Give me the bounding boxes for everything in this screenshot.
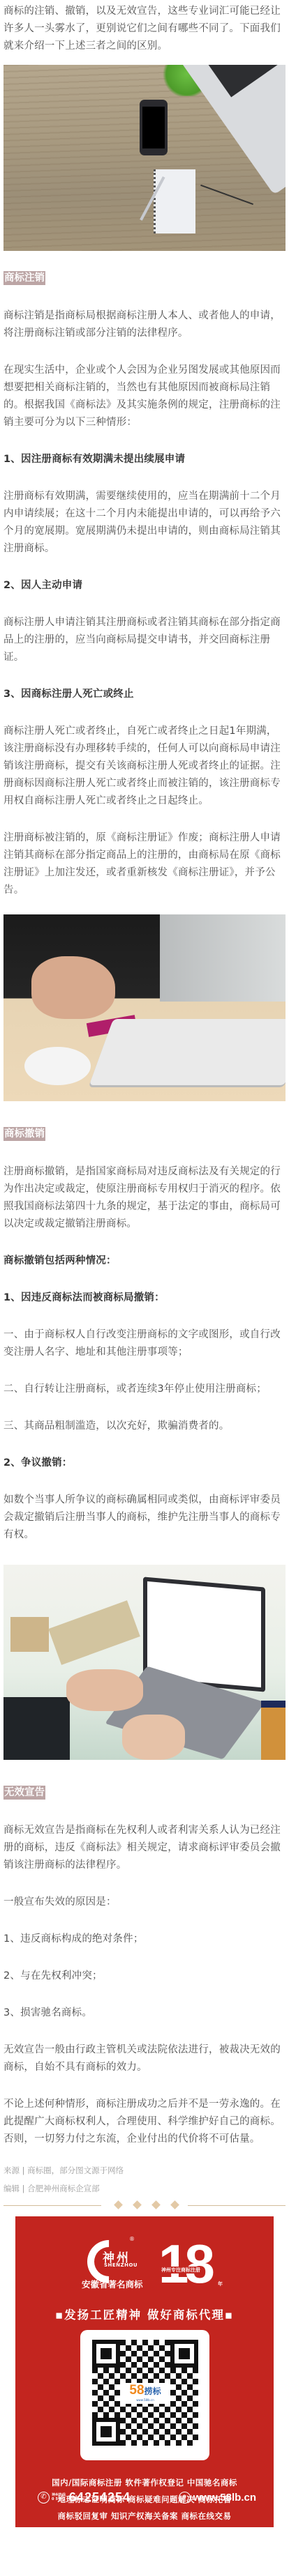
cancellation-case3-body: 商标注册人死亡或者终止，自死亡或者终止之日起1年期满，该注册商标没有办理移转手续…	[3, 723, 286, 810]
cancellation-case2-body: 商标注册人申请注销其注册商标或者注销其商标在部分指定商品上的注册的，应当向商标局…	[3, 614, 286, 666]
decorative-divider	[3, 2200, 286, 2211]
diamond-icon	[114, 2200, 123, 2209]
banner-slogan: ▪发扬工匠精神 做好商标代理▪	[15, 2306, 274, 2322]
notebooks-graphic	[48, 1600, 140, 1665]
years-tagline: 神州专注商标注册	[160, 2267, 202, 2274]
section-tag-revocation: 商标撤销	[3, 1127, 45, 1141]
promo-banner: ® 神州 SHENZHOU 安徽省著名商标 18 神州专注商标注册 年 ▪发扬工…	[15, 2216, 274, 2527]
keyboard-graphic	[89, 1019, 286, 1085]
invalidation-definition: 商标无效宣告是指商标在先权利人或者利害关系人认为已经注册的商标，违反《商标法》相…	[3, 1822, 286, 1874]
website-link[interactable]: e www.58lb.cn	[179, 2492, 256, 2504]
invalidation-reason: 2、与在先权利冲突；	[3, 1968, 286, 1985]
revocation-case1-item: 二、自行转让注册商标，或者连续3年停止使用注册商标；	[3, 1381, 286, 1398]
invalidation-effect: 无效宣告一般由行政主管机关或法院依法进行，被裁决无效的商标，自始不具有商标的效力…	[3, 2041, 286, 2076]
logo-english-name: SHENZHOU	[104, 2262, 138, 2268]
article: 商标的注销、撤销，以及无效宣告，这些专业词汇可能已经让许多人一头雾水了，更别说它…	[0, 0, 289, 2576]
notebook-graphic	[154, 169, 195, 233]
typing-photo	[3, 1565, 286, 1760]
glasses-graphic	[198, 185, 253, 213]
diamond-icon	[170, 2200, 179, 2209]
revocation-case1-item: 一、由于商标权人自行改变注册商标的文字或图形，或自行改变注册人名字、地址和其他注…	[3, 1326, 286, 1361]
section-tag-cancellation: 商标注销	[3, 271, 45, 285]
registered-mark: ®	[129, 2236, 135, 2242]
writing-photo	[3, 914, 286, 1101]
qr-finder-icon	[92, 2418, 120, 2446]
cancellation-case3-title: 3、因商标注册人死亡或终止	[3, 686, 286, 703]
qr-finder-icon	[170, 2340, 198, 2368]
coffee-cup-graphic	[261, 1701, 286, 1760]
hotline-number: 64254254	[69, 2490, 131, 2505]
desk-photo	[3, 65, 286, 251]
revocation-case2-body: 如数个当事人所争议的商标确属相同或类似，由商标评审委员会裁定撤销后注册当事人的商…	[3, 1492, 286, 1544]
invalidation-reason: 1、违反商标构成的绝对条件；	[3, 1931, 286, 1948]
invalidation-reasons-title: 一般宣布失效的原因是：	[3, 1894, 286, 1911]
cancellation-closing: 注册商标被注销的，原《商标注册证》作废；商标注册人申请注销其商标在部分指定商品上…	[3, 829, 286, 899]
hotline[interactable]: ✆ 神州热线 0551 64254254	[38, 2490, 131, 2505]
brand-logo: ® 神州 SHENZHOU 安徽省著名商标 18 神州专注商标注册 年	[15, 2236, 274, 2295]
years-unit: 年	[218, 2280, 223, 2287]
phone-graphic	[140, 100, 168, 155]
hand-graphic	[122, 1715, 185, 1760]
revocation-cases-title: 商标撤销包括两种情况：	[3, 1252, 286, 1270]
section-tag-invalidation: 无效宣告	[3, 1786, 45, 1800]
mouse-graphic	[24, 1047, 91, 1085]
qr-code[interactable]: 58捞标 www.58lb.cn	[92, 2340, 198, 2446]
famous-brand-label: 安徽省著名商标	[82, 2278, 143, 2290]
source-line: 来源 | 商标圈，部分图文源于网络	[3, 2163, 286, 2177]
invalidation-conclusion: 不论上述何种情形，商标注册成功之后并不是一劳永逸的。在此提醒广大商标权利人，合理…	[3, 2096, 286, 2148]
cancellation-case1-title: 1、因注册商标有效期满未提出续展申请	[3, 451, 286, 468]
diamond-icon	[151, 2200, 161, 2209]
phone-icon: ✆	[38, 2492, 50, 2504]
web-icon: e	[179, 2492, 191, 2504]
cancellation-context: 在现实生活中，企业或个人会因为企业另图发展或其他原因而想要把相关商标注销的，当然…	[3, 362, 286, 431]
invalidation-reason: 3、损害驰名商标。	[3, 2004, 286, 2022]
calculator-graphic	[10, 1617, 49, 1652]
hand-graphic	[31, 956, 115, 1019]
qr-finder-icon	[92, 2340, 120, 2368]
cancellation-case2-title: 2、因人主动申请	[3, 577, 286, 595]
cancellation-definition: 商标注销是指商标局根据商标注册人本人、或者他人的申请，将注册商标注销或部分注销的…	[3, 307, 286, 342]
editor-line: 编辑 | 合肥神州商标企宣部	[3, 2182, 286, 2195]
services-line: 商标驳回复审 知识产权海关备案 商标在线交易	[15, 2508, 274, 2524]
intro-paragraph: 商标的注销、撤销，以及无效宣告，这些专业词汇可能已经让许多人一头雾水了，更别说它…	[3, 3, 286, 55]
cancellation-case1-body: 注册商标有效期满，需要继续使用的，应当在期满前十二个月内申请续展；在这十二个月内…	[3, 488, 286, 558]
revocation-definition: 注册商标撤销，是指国家商标局对违反商标法及有关规定的行为作出决定或裁定，使原注册…	[3, 1163, 286, 1233]
revocation-case1-item: 三、其商品粗制滥造，以次充好，欺骗消费者的。	[3, 1418, 286, 1435]
hand-graphic	[66, 1669, 143, 1711]
years-number: 18	[158, 2234, 211, 2294]
diamond-icon	[133, 2200, 142, 2209]
revocation-case1-title: 1、因违反商标法而被商标局撤销：	[3, 1289, 286, 1307]
qr-card: 58捞标 www.58lb.cn	[80, 2330, 209, 2460]
revocation-case2-title: 2、争议撤销：	[3, 1455, 286, 1472]
qr-center-logo: 58捞标 www.58lb.cn	[120, 2383, 170, 2404]
